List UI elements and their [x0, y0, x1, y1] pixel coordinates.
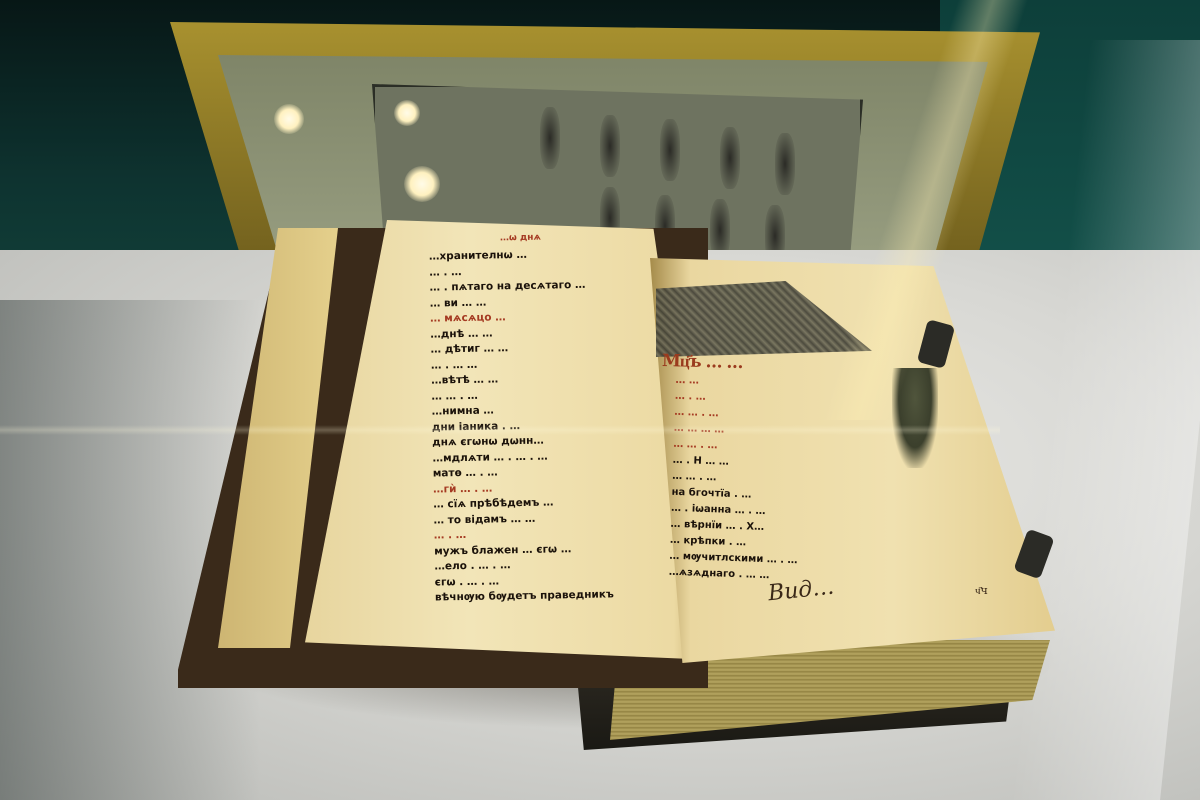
- right-page-text: … … … . … … … . … … … … … … … . … … . Н …: [668, 376, 803, 588]
- light-reflection: [404, 166, 440, 202]
- text-line: … … . …: [431, 388, 610, 402]
- text-line: … … . …: [674, 408, 803, 422]
- museum-display-photo: …ѡ днѧ …хранителнѡ … … . … … . пѧтаго на…: [0, 0, 1200, 800]
- text-line: …нимна …: [432, 403, 611, 417]
- text-line: матѳ … . …: [433, 465, 612, 479]
- text-line: днѧ єгѡнѡ дѡнн…: [432, 434, 611, 448]
- text-line: … . …: [434, 527, 613, 541]
- text-line: … . пѧтаго на десѧтаго …: [429, 279, 608, 293]
- glass-reflection: [0, 425, 1000, 435]
- text-line: … . Н … …: [673, 456, 802, 470]
- text-line: … ви … …: [430, 295, 609, 309]
- text-line: … . …: [675, 392, 804, 406]
- engraving-figure: [720, 127, 740, 189]
- text-line: … . іѡанна … . …: [671, 504, 800, 518]
- text-line: … . … …: [431, 357, 610, 371]
- engraving-figure: [600, 115, 620, 177]
- page-title-rubric: Мц҃ъ … …: [662, 351, 743, 373]
- text-line: … … . …: [672, 472, 801, 486]
- text-line: … сїѧ прѣбѣдемъ …: [433, 496, 612, 510]
- text-line: …гѝ … . …: [433, 481, 612, 495]
- text-line: на бгочтїа . …: [671, 488, 800, 502]
- text-line: … дѣтиг … …: [431, 341, 610, 355]
- text-line: єгѡ . … . …: [435, 574, 614, 588]
- text-line: …вѣтѣ … …: [431, 372, 610, 386]
- text-line: …хранителнѡ …: [429, 248, 608, 262]
- text-line: вѣчнѹю бѹдетъ праведникъ: [435, 589, 614, 603]
- folio-number: ч҃ч: [975, 584, 988, 597]
- text-line: … . …: [429, 264, 608, 278]
- text-line: …ело . … . …: [434, 558, 613, 572]
- text-line: …мдлѧти … . … . …: [432, 450, 611, 464]
- text-line: … вѣрнїи … . Х…: [670, 520, 799, 534]
- text-line: … мѧсѧцо …: [430, 310, 609, 324]
- text-line: … мѹчитлскими … . …: [669, 552, 798, 566]
- running-head: …ѡ днѧ: [500, 234, 541, 244]
- text-line: … … . …: [673, 440, 802, 454]
- engraving-figure: [540, 107, 560, 169]
- engraving-figure: [775, 133, 795, 195]
- text-line: …днѣ … …: [430, 326, 609, 340]
- text-line: мужъ блажен … єгѡ …: [434, 543, 613, 557]
- text-line: … то відамъ … …: [434, 512, 613, 526]
- light-reflection: [394, 100, 420, 126]
- text-line: … крѣпки . …: [670, 536, 799, 550]
- engraving-figure: [660, 119, 680, 181]
- light-reflection: [274, 104, 304, 134]
